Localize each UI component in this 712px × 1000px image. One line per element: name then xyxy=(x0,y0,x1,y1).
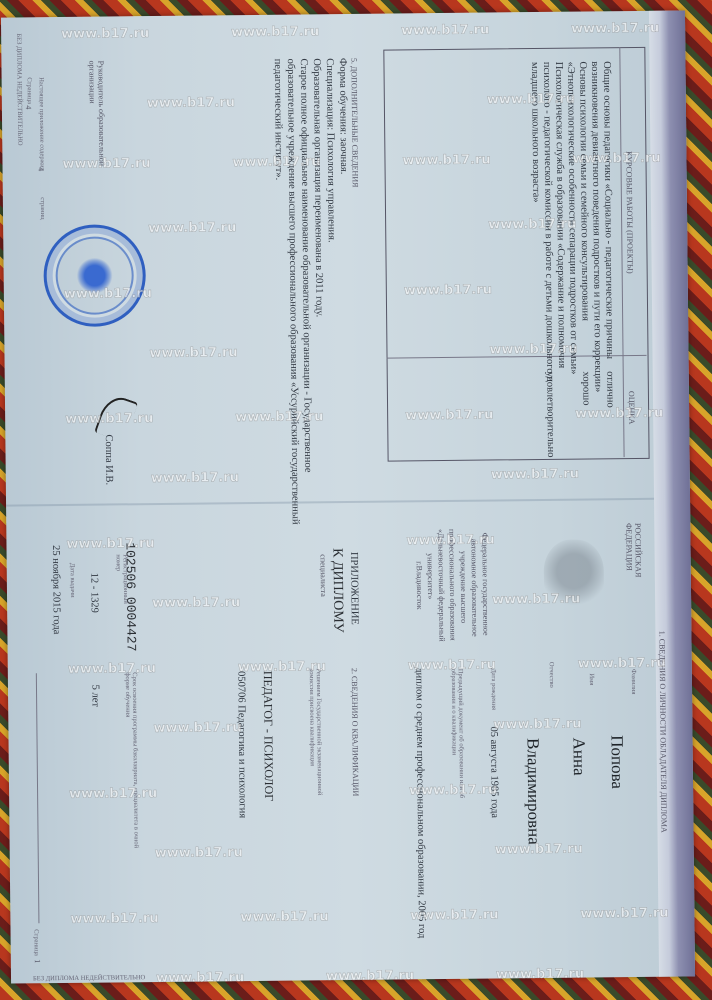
pages-suffix: страниц xyxy=(39,197,46,219)
page-fold xyxy=(6,498,654,507)
page-label-p4: Страница xyxy=(26,77,33,104)
coursework-title: КУРСОВЫЕ РАБОТЫ (ПРОЕКТЫ) xyxy=(624,151,634,274)
invalid-notice-top: БЕЗ ДИПЛОМА НЕДЕЙСТВИТЕЛЬНО xyxy=(15,33,23,145)
grade-3: удовлетворительно xyxy=(543,372,556,458)
pages-label: Настоящее приложение содержит xyxy=(38,77,46,170)
grade-2: хорошо xyxy=(579,371,592,405)
issue-date-label: Дата выдачи xyxy=(69,563,76,598)
head-name: Соппа И.В. xyxy=(101,434,114,485)
section5-title: 5. ДОПОЛНИТЕЛЬНЫЕ СВЕДЕНИЯ xyxy=(349,58,359,188)
reg-number-label: Регистрационный номер xyxy=(111,554,130,614)
page-label-p1: Страница xyxy=(33,929,40,956)
surname: Попова xyxy=(607,735,628,789)
section2-title: 2. СВЕДЕНИЯ О КВАЛИФИКАЦИИ xyxy=(350,668,360,796)
duration: 5 лет xyxy=(88,685,101,708)
official-seal-icon xyxy=(43,224,146,327)
appendix-to: К ДИПЛОМУ xyxy=(329,548,346,633)
appendix-type: специалиста xyxy=(319,554,328,597)
head-label: Руководитель образовательной организации xyxy=(85,61,106,181)
country-label: РОССИЙСКАЯ ФЕДЕРАЦИЯ xyxy=(618,523,643,583)
page-number-p1: 1 xyxy=(33,959,42,963)
reg-number: 12 - 1329 xyxy=(87,573,100,613)
dob-label: Дата рождения xyxy=(490,668,497,710)
gek-label: Решением Государственной экзаменационной… xyxy=(300,668,323,808)
page-number-p4: 4 xyxy=(24,105,33,109)
grade-header: ОЦЕНКА xyxy=(627,391,636,424)
prev-doc-label: Предыдущий документ об образовании или о… xyxy=(442,669,465,799)
issue-date: 25 ноября 2015 года xyxy=(48,545,61,634)
dob: 05 августа 1985 года xyxy=(486,726,499,818)
grade-1: отлично xyxy=(603,371,616,408)
specialty: 050706 Педагогика и психология xyxy=(234,671,248,818)
duration-label: Срок освоения программы бакалавриата, сп… xyxy=(116,672,140,852)
patronymic: Владимировна xyxy=(523,738,544,845)
invalid-notice-bottom: БЕЗ ДИПЛОМА НЕДЕЙСТВИТЕЛЬНО xyxy=(33,974,145,982)
coat-of-arms-icon xyxy=(543,539,604,610)
surname-label: Фамилия xyxy=(630,669,637,694)
qualification: ПЕДАГОГ - ПСИХОЛОГ xyxy=(260,671,276,801)
patronymic-label: Отчество xyxy=(548,662,555,688)
first-name: Анна xyxy=(569,737,589,775)
diploma-supplement-sheet: БЕЗ ДИПЛОМА НЕДЕЙСТВИТЕЛЬНО Страница 4 Н… xyxy=(1,10,695,983)
appendix-title: ПРИЛОЖЕНИЕ xyxy=(347,552,360,625)
pages-count: 4 xyxy=(37,167,46,171)
prev-doc: диплом о среднем профессиональном образо… xyxy=(412,667,427,938)
name-label: Имя xyxy=(588,673,595,685)
